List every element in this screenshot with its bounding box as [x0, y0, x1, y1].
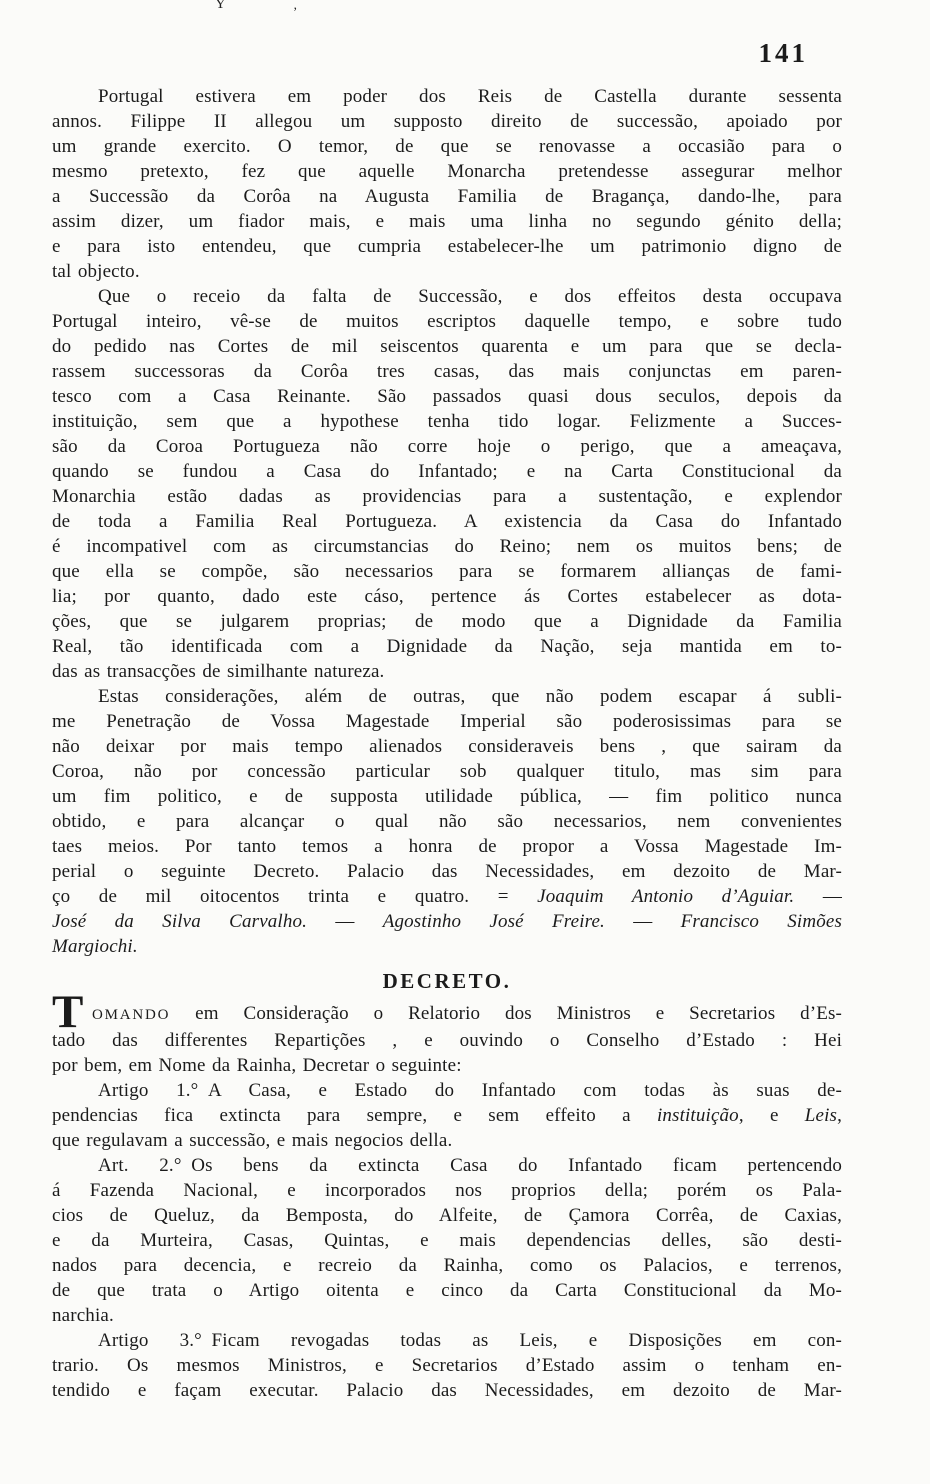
text-segment: Que o receio da falta de Successão, e do…: [98, 286, 842, 307]
text-line: omando em Consideração o Relatorio dos M…: [52, 1001, 842, 1028]
text-line: mesmo pretexto, fez que aquelle Monarcha…: [52, 159, 842, 184]
text-segment: tesco com a Casa Reinante. São passados …: [52, 386, 842, 407]
text-segment: das as transacções de similhante naturez…: [52, 661, 384, 682]
text-segment: , e: [739, 1105, 805, 1126]
scanned-document-page: 141 Portugal estivera em poder dos Reis …: [0, 0, 930, 1484]
page-number: 141: [759, 38, 809, 69]
text-line: são da Coroa Portugueza não corre hoje o…: [52, 434, 842, 459]
text-segment: cios de Queluz, da Bemposta, do Alfeite,…: [52, 1205, 842, 1226]
text-line: não deixar por mais tempo alienados cons…: [52, 734, 842, 759]
text-segment: omando: [92, 1007, 170, 1023]
text-segment: do pedido nas Cortes de mil seiscentos q…: [52, 336, 842, 357]
text-segment: pendencias fica extincta para sempre, e …: [52, 1105, 657, 1126]
text-segment: em Consideração o Relatorio dos Ministro…: [170, 1003, 842, 1024]
text-line: Portugal inteiro, vê-se de muitos escrip…: [52, 309, 842, 334]
text-segment: de toda a Familia Real Portugueza. A exi…: [52, 511, 842, 532]
text-segment: ço de mil oitocentos trinta e quatro. =: [52, 886, 537, 907]
text-line: pendencias fica extincta para sempre, e …: [52, 1103, 842, 1128]
text-line: narchia.: [52, 1303, 842, 1328]
text-segment: não deixar por mais tempo alienados cons…: [52, 736, 842, 757]
text-segment: lia; por quanto, dado este cáso, pertenc…: [52, 586, 842, 607]
text-line: me Penetração de Vossa Magestade Imperia…: [52, 709, 842, 734]
document-body: Portugal estivera em poder dos Reis de C…: [52, 84, 842, 1403]
text-line: ço de mil oitocentos trinta e quatro. = …: [52, 884, 842, 909]
text-segment: instituição, sem que a hypothese tenha t…: [52, 411, 842, 432]
italic-text-segment: Joaquim Antonio d’Aguiar.: [537, 886, 794, 907]
text-line: lia; por quanto, dado este cáso, pertenc…: [52, 584, 842, 609]
text-segment: de que trata o Artigo oitenta e cinco da…: [52, 1280, 842, 1301]
text-line: Coroa, não por concessão particular sob …: [52, 759, 842, 784]
italic-text-segment: Francisco Simões: [681, 911, 842, 932]
drop-cap-initial: T: [52, 989, 83, 1036]
text-segment: Estas considerações, além de outras, que…: [98, 686, 842, 707]
text-segment: —: [307, 911, 383, 932]
text-segment: por bem, em Nome da Rainha, Decretar o s…: [52, 1055, 462, 1076]
text-line: ções, que se julgarem proprias; de modo …: [52, 609, 842, 634]
text-segment: —: [794, 886, 842, 907]
text-segment: ,: [837, 1105, 842, 1126]
text-line: Portugal estivera em poder dos Reis de C…: [52, 84, 842, 109]
text-segment: Artigo 3.° Ficam revogadas todas as Leis…: [98, 1330, 842, 1351]
text-segment: e para isto entendeu, que cumpria estabe…: [52, 236, 842, 257]
text-line: Real, tão identificada com a Dignidade d…: [52, 634, 842, 659]
text-segment: tendido e façam executar. Palacio das Ne…: [52, 1380, 842, 1401]
paragraph: Portugal estivera em poder dos Reis de C…: [52, 84, 842, 284]
text-line: tendido e façam executar. Palacio das Ne…: [52, 1378, 842, 1403]
scan-artifact-mark: ’: [293, 4, 297, 20]
text-segment: Monarchia estão dadas as providencias pa…: [52, 486, 842, 507]
text-segment: Real, tão identificada com a Dignidade d…: [52, 636, 842, 657]
text-segment: nados para decencia, e recreio da Rainha…: [52, 1255, 842, 1276]
text-segment: narchia.: [52, 1305, 114, 1326]
text-line: annos. Filippe II allegou um supposto di…: [52, 109, 842, 134]
text-segment: —: [605, 911, 681, 932]
paragraph: Artigo 1.° A Casa, e Estado do Infantado…: [52, 1078, 842, 1153]
text-line: e da Murteira, Casas, Quintas, e mais de…: [52, 1228, 842, 1253]
text-line: tal objecto.: [52, 259, 842, 284]
text-segment: á Fazenda Nacional, e incorporados nos p…: [52, 1180, 842, 1201]
text-segment: perial o seguinte Decreto. Palacio das N…: [52, 861, 842, 882]
text-segment: a Successão da Corôa na Augusta Familia …: [52, 186, 842, 207]
text-segment: annos. Filippe II allegou um supposto di…: [52, 111, 842, 132]
text-segment: obtido, e para alcançar o qual não são n…: [52, 811, 842, 832]
text-segment: tal objecto.: [52, 261, 140, 282]
paragraph: Estas considerações, além de outras, que…: [52, 684, 842, 959]
text-line: Estas considerações, além de outras, que…: [52, 684, 842, 709]
text-line: Margiochi.: [52, 934, 842, 959]
text-line: e para isto entendeu, que cumpria estabe…: [52, 234, 842, 259]
text-line: á Fazenda Nacional, e incorporados nos p…: [52, 1178, 842, 1203]
text-segment: mesmo pretexto, fez que aquelle Monarcha…: [52, 161, 842, 182]
paragraph: Que o receio da falta de Successão, e do…: [52, 284, 842, 684]
text-segment: quando se fundou a Casa do Infantado; e …: [52, 461, 842, 482]
text-segment: Coroa, não por concessão particular sob …: [52, 761, 842, 782]
text-line: de toda a Familia Real Portugueza. A exi…: [52, 509, 842, 534]
text-segment: é incompativel com as circumstancias do …: [52, 536, 842, 557]
text-segment: Art. 2.° Os bens da extincta Casa do Inf…: [98, 1155, 842, 1176]
text-line: um grande exercito. O temor, de que se r…: [52, 134, 842, 159]
text-line: do pedido nas Cortes de mil seiscentos q…: [52, 334, 842, 359]
text-line: obtido, e para alcançar o qual não são n…: [52, 809, 842, 834]
text-line: a Successão da Corôa na Augusta Familia …: [52, 184, 842, 209]
text-line: Monarchia estão dadas as providencias pa…: [52, 484, 842, 509]
italic-text-segment: Leis: [805, 1105, 837, 1126]
text-segment: tado das differentes Repartições , e ouv…: [52, 1030, 842, 1051]
text-line: tesco com a Casa Reinante. São passados …: [52, 384, 842, 409]
text-line: Art. 2.° Os bens da extincta Casa do Inf…: [52, 1153, 842, 1178]
text-line: de que trata o Artigo oitenta e cinco da…: [52, 1278, 842, 1303]
text-line: assim dizer, um fiador mais, e mais uma …: [52, 209, 842, 234]
text-segment: Portugal inteiro, vê-se de muitos escrip…: [52, 311, 842, 332]
text-line: instituição, sem que a hypothese tenha t…: [52, 409, 842, 434]
text-line: um fim politico, e de supposta utilidade…: [52, 784, 842, 809]
text-segment: rassem successoras da Corôa tres casas, …: [52, 361, 842, 382]
text-segment: um grande exercito. O temor, de que se r…: [52, 136, 842, 157]
text-segment: que ella se compõe, são necessarios para…: [52, 561, 842, 582]
text-line: que ella se compõe, são necessarios para…: [52, 559, 842, 584]
text-line: das as transacções de similhante naturez…: [52, 659, 842, 684]
text-segment: Portugal estivera em poder dos Reis de C…: [98, 86, 842, 107]
text-segment: Artigo 1.° A Casa, e Estado do Infantado…: [98, 1080, 842, 1101]
text-segment: e da Murteira, Casas, Quintas, e mais de…: [52, 1230, 842, 1251]
text-segment: trario. Os mesmos Ministros, e Secretari…: [52, 1355, 842, 1376]
paragraph: Art. 2.° Os bens da extincta Casa do Inf…: [52, 1153, 842, 1328]
text-line: José da Silva Carvalho. — Agostinho José…: [52, 909, 842, 934]
text-line: taes meios. Por tanto temos a honra de p…: [52, 834, 842, 859]
text-line: nados para decencia, e recreio da Rainha…: [52, 1253, 842, 1278]
decree-heading: DECRETO.: [52, 968, 842, 994]
italic-text-segment: Agostinho José Freire.: [383, 911, 605, 932]
text-line: tado das differentes Repartições , e ouv…: [52, 1028, 842, 1053]
italic-text-segment: Margiochi.: [52, 936, 138, 957]
scan-artifact-mark: Y: [215, 0, 226, 13]
text-line: cios de Queluz, da Bemposta, do Alfeite,…: [52, 1203, 842, 1228]
text-segment: ções, que se julgarem proprias; de modo …: [52, 611, 842, 632]
text-segment: que regulavam a successão, e mais negoci…: [52, 1130, 452, 1151]
italic-text-segment: José da Silva Carvalho.: [52, 911, 307, 932]
text-line: quando se fundou a Casa do Infantado; e …: [52, 459, 842, 484]
text-segment: são da Coroa Portugueza não corre hoje o…: [52, 436, 842, 457]
text-segment: um fim politico, e de supposta utilidade…: [52, 786, 842, 807]
text-line: rassem successoras da Corôa tres casas, …: [52, 359, 842, 384]
text-line: perial o seguinte Decreto. Palacio das N…: [52, 859, 842, 884]
text-line: por bem, em Nome da Rainha, Decretar o s…: [52, 1053, 842, 1078]
text-line: Artigo 1.° A Casa, e Estado do Infantado…: [52, 1078, 842, 1103]
italic-text-segment: instituição: [657, 1105, 739, 1126]
paragraph: Tomando em Consideração o Relatorio dos …: [52, 1001, 842, 1078]
text-line: é incompativel com as circumstancias do …: [52, 534, 842, 559]
text-line: trario. Os mesmos Ministros, e Secretari…: [52, 1353, 842, 1378]
text-segment: assim dizer, um fiador mais, e mais uma …: [52, 211, 842, 232]
text-segment: taes meios. Por tanto temos a honra de p…: [52, 836, 842, 857]
paragraph: Artigo 3.° Ficam revogadas todas as Leis…: [52, 1328, 842, 1403]
text-line: Que o receio da falta de Successão, e do…: [52, 284, 842, 309]
text-segment: me Penetração de Vossa Magestade Imperia…: [52, 711, 842, 732]
text-line: que regulavam a successão, e mais negoci…: [52, 1128, 842, 1153]
text-line: Artigo 3.° Ficam revogadas todas as Leis…: [52, 1328, 842, 1353]
